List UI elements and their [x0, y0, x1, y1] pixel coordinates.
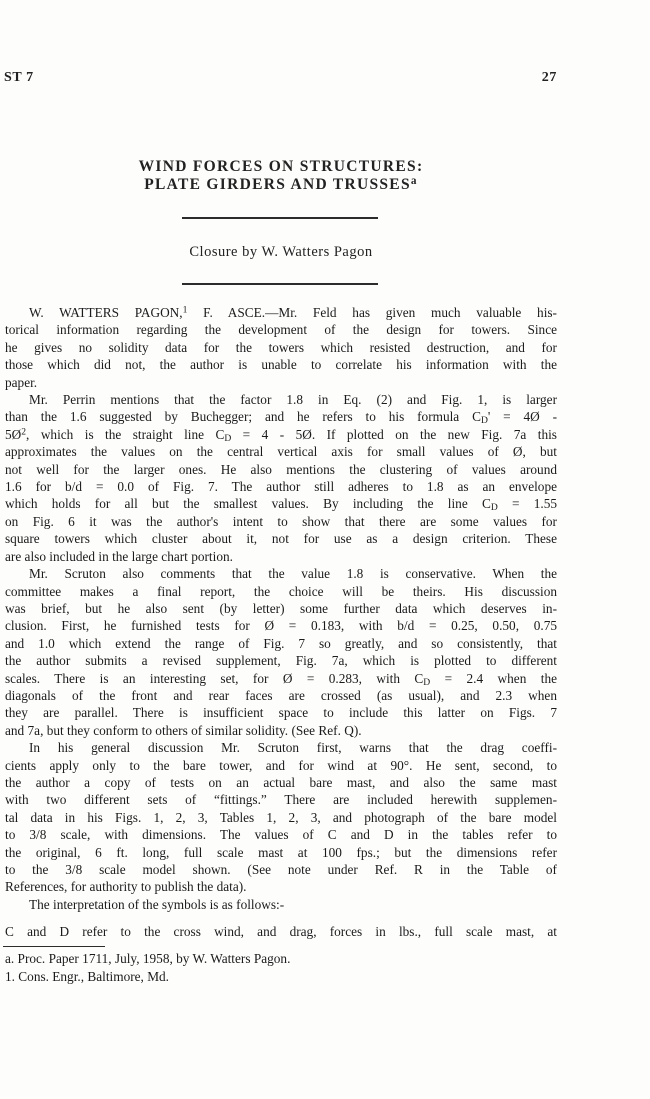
paper-title-line2: PLATE GIRDERS AND TRUSSESa — [0, 176, 562, 194]
text-line: torical information regarding the develo… — [5, 321, 557, 338]
text-line: 5Ø2, which is the straight line CD = 4 -… — [5, 426, 557, 443]
text-line: are also included in the large chart por… — [5, 548, 557, 565]
text-line: 1.6 for b/d = 0.0 of Fig. 7. The author … — [5, 478, 557, 495]
text-line: and 7a, but they conform to others of si… — [5, 722, 557, 739]
separator-rule-bottom — [182, 283, 378, 285]
text-line: than the 1.6 suggested by Buchegger; and… — [5, 408, 557, 425]
text-line: those which did not, the author is unabl… — [5, 356, 557, 373]
footnote-block: a. Proc. Paper 1711, July, 1958, by W. W… — [5, 946, 557, 986]
document-page: ST 7 27 WIND FORCES ON STRUCTURES: PLATE… — [0, 0, 650, 1099]
text-line: the original, 6 ft. long, full scale mas… — [5, 844, 557, 861]
paper-title-line1: WIND FORCES ON STRUCTURES: — [0, 158, 562, 176]
text-line: not well for the larger ones. He also me… — [5, 461, 557, 478]
text-line: which holds for all but the smallest val… — [5, 495, 557, 512]
paragraph: Mr. Scruton also comments that the value… — [5, 565, 557, 739]
text-line: Mr. Perrin mentions that the factor 1.8 … — [5, 391, 557, 408]
text-line: W. WATTERS PAGON,1 F. ASCE.—Mr. Feld has… — [5, 304, 557, 321]
text-line: with two different sets of “fittings.” T… — [5, 791, 557, 808]
running-header-section: ST 7 — [4, 70, 34, 86]
paper-title: WIND FORCES ON STRUCTURES: PLATE GIRDERS… — [0, 158, 562, 194]
text-line: clusion. First, he furnished tests for Ø… — [5, 617, 557, 634]
byline: Closure by W. Watters Pagon — [0, 244, 562, 261]
text-line: committee makes a final report, the choi… — [5, 583, 557, 600]
running-header: ST 7 27 — [4, 70, 557, 86]
paragraph: Mr. Perrin mentions that the factor 1.8 … — [5, 391, 557, 565]
text-line: approximates the values on the central v… — [5, 443, 557, 460]
text-line: paper. — [5, 374, 557, 391]
text-line: diagonals of the front and rear faces ar… — [5, 687, 557, 704]
text-line: tal data in his Figs. 1, 2, 3, Tables 1,… — [5, 809, 557, 826]
paragraph: In his general discussion Mr. Scruton fi… — [5, 739, 557, 896]
text-line: In his general discussion Mr. Scruton fi… — [5, 739, 557, 756]
paragraph: W. WATTERS PAGON,1 F. ASCE.—Mr. Feld has… — [5, 304, 557, 391]
text-line: was brief, but he also sent (by letter) … — [5, 600, 557, 617]
text-line: cients apply only to the bare tower, and… — [5, 757, 557, 774]
page-number: 27 — [542, 70, 557, 86]
text-line: and 1.0 which extend the range of Fig. 7… — [5, 635, 557, 652]
text-line: the author submits a revised supplement,… — [5, 652, 557, 669]
text-line: C and D refer to the cross wind, and dra… — [5, 923, 557, 940]
text-line: The interpretation of the symbols is as … — [5, 896, 557, 913]
body-text: W. WATTERS PAGON,1 F. ASCE.—Mr. Feld has… — [5, 304, 557, 985]
text-line: on Fig. 6 it was the author's intent to … — [5, 513, 557, 530]
text-line: they are parallel. There is insufficient… — [5, 704, 557, 721]
footnote-rule — [3, 946, 105, 948]
paragraph-container: W. WATTERS PAGON,1 F. ASCE.—Mr. Feld has… — [5, 304, 557, 941]
text-line: square towers which cluster about it, no… — [5, 530, 557, 547]
separator-rule-top — [182, 217, 378, 219]
footnote-line: a. Proc. Paper 1711, July, 1958, by W. W… — [5, 950, 557, 968]
paragraph: C and D refer to the cross wind, and dra… — [5, 923, 557, 940]
text-line: References, for authority to publish the… — [5, 878, 557, 895]
text-line: scales. There is an interesting set, for… — [5, 670, 557, 687]
text-line: to 3/8 scale, with dimensions. The value… — [5, 826, 557, 843]
footnote-container: a. Proc. Paper 1711, July, 1958, by W. W… — [5, 950, 557, 985]
text-line: he gives no solidity data for the towers… — [5, 339, 557, 356]
text-line: Mr. Scruton also comments that the value… — [5, 565, 557, 582]
footnote-line: 1. Cons. Engr., Baltimore, Md. — [5, 968, 557, 986]
text-line: the author a copy of tests on an actual … — [5, 774, 557, 791]
text-line: to the 3/8 scale model shown. (See note … — [5, 861, 557, 878]
paragraph: The interpretation of the symbols is as … — [5, 896, 557, 913]
